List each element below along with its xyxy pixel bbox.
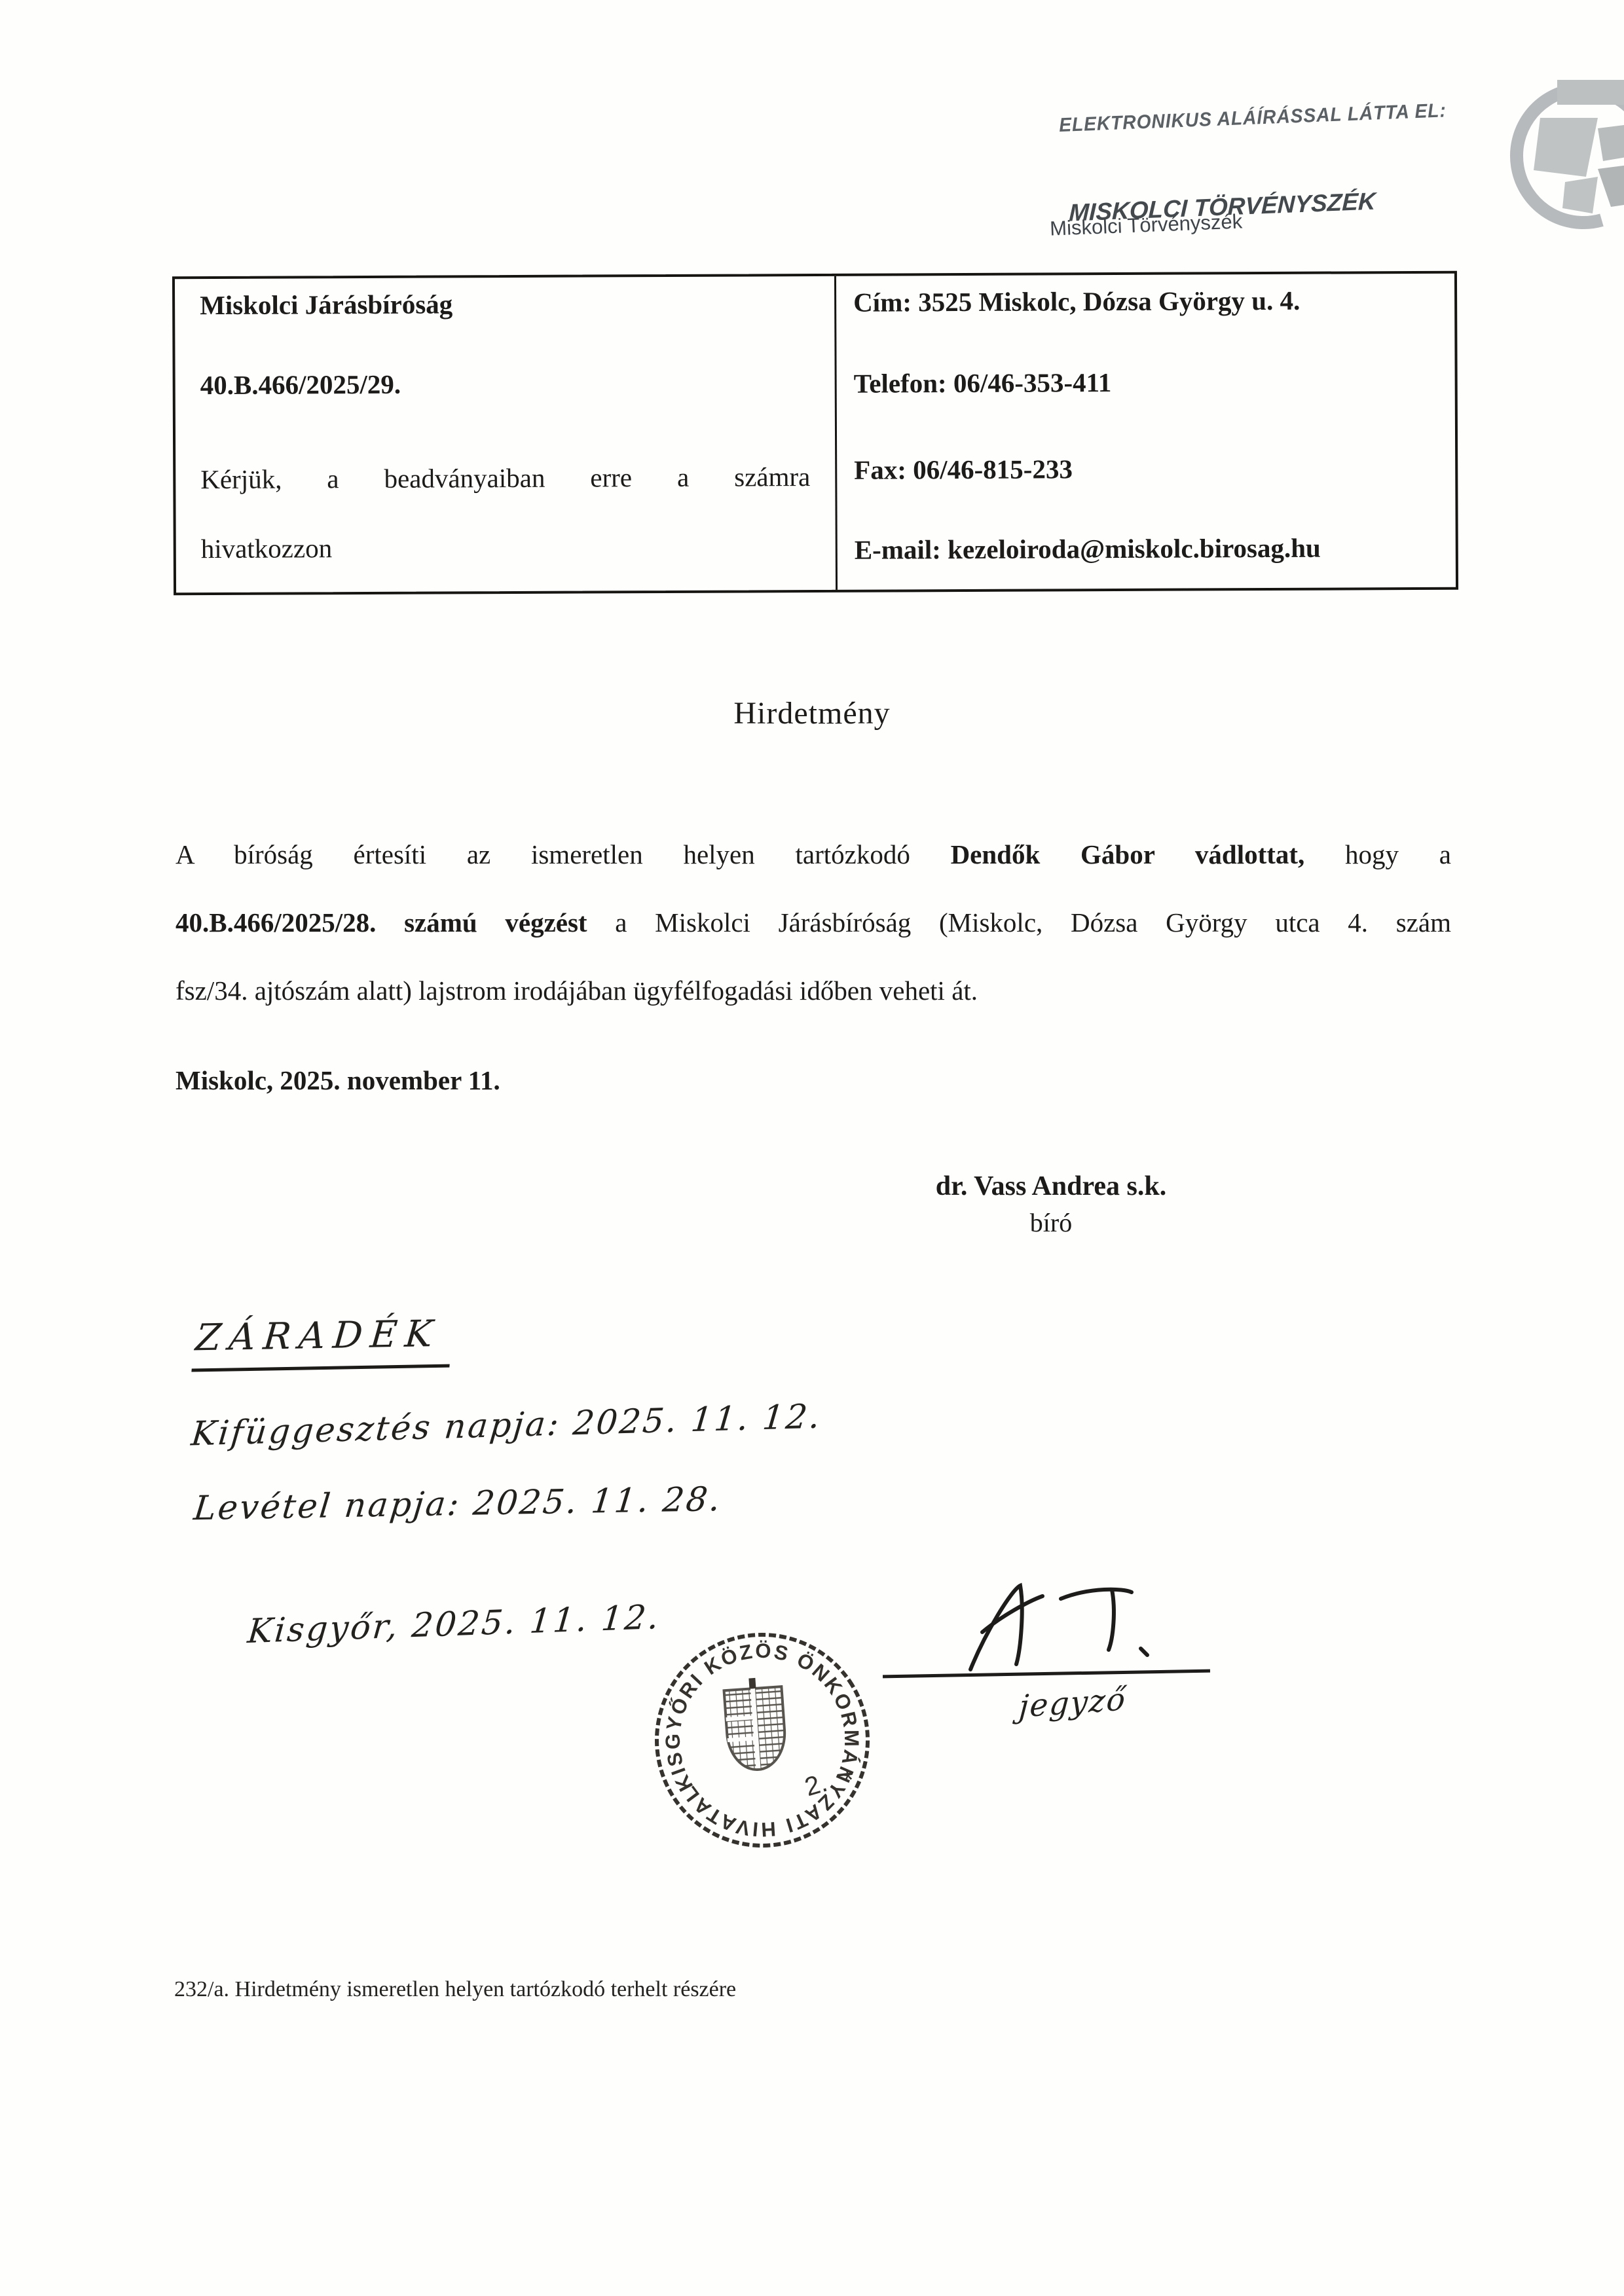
stamp-coat-of-arms xyxy=(723,1676,787,1772)
esignature-stamp: ELEKTRONIKUS ALÁÍRÁSSAL LÁTTA EL: MISKOL… xyxy=(1059,95,1574,240)
signer-role: bíró xyxy=(835,1207,1267,1238)
letterhead-left-cell: Miskolci Járásbíróság 40.B.466/2025/29. … xyxy=(175,276,838,592)
reference-note-line-2: hivatkozzon xyxy=(201,530,811,564)
body-line-1: A bíróság értesíti az ismeretlen helyen … xyxy=(175,820,1451,888)
letterhead-table: Miskolci Járásbíróság 40.B.466/2025/29. … xyxy=(172,271,1458,596)
stamp-number: 2. xyxy=(802,1768,830,1802)
judge-signature-block: dr. Vass Andrea s.k. bíró xyxy=(835,1171,1267,1238)
body-paragraph: A bíróság értesíti az ismeretlen helyen … xyxy=(175,820,1451,1025)
document-title: Hirdetmény xyxy=(0,695,1624,731)
phone-line: Telefon: 06/46-353-411 xyxy=(854,365,1439,399)
fax-line: Fax: 06/46-815-233 xyxy=(854,452,1439,486)
body-line-2-text: a Miskolci Járásbíróság (Miskolc, Dózsa … xyxy=(587,907,1451,938)
scanned-court-document: ELEKTRONIKUS ALÁÍRÁSSAL LÁTTA EL: MISKOL… xyxy=(0,0,1624,2296)
ruling-number: 40.B.466/2025/28. számú végzést xyxy=(175,907,587,938)
court-name: Miskolci Járásbíróság xyxy=(200,287,809,321)
court-logo-icon xyxy=(1500,72,1624,262)
zaradek-heading: ZÁRADÉK xyxy=(191,1312,454,1372)
footer-note: 232/a. Hirdetmény ismeretlen helyen tart… xyxy=(174,1977,736,2002)
body-line-3: fsz/34. ajtószám alatt) lajstrom irodájá… xyxy=(175,957,1451,1025)
clerk-signature xyxy=(956,1570,1231,1681)
posting-date-line: Kifüggesztés napja: 2025. 11. 12. xyxy=(189,1397,823,1453)
clerk-role: jegyző xyxy=(1018,1681,1128,1725)
address-line: Cím: 3525 Miskolc, Dózsa György u. 4. xyxy=(853,284,1439,318)
body-line-2: 40.B.466/2025/28. számú végzést a Miskol… xyxy=(175,888,1451,957)
letterhead-right-cell: Cím: 3525 Miskolc, Dózsa György u. 4. Te… xyxy=(836,274,1456,590)
dateline: Miskolc, 2025. november 11. xyxy=(175,1065,500,1096)
esignature-line: ELEKTRONIKUS ALÁÍRÁSSAL LÁTTA EL: xyxy=(1059,96,1540,137)
body-line-1-tail: hogy a xyxy=(1304,839,1451,869)
email-line: E-mail: kezeloiroda@miskolc.birosag.hu xyxy=(855,532,1440,566)
body-line-1-text: A bíróság értesíti az ismeretlen helyen … xyxy=(175,839,951,869)
signer-name: dr. Vass Andrea s.k. xyxy=(835,1171,1267,1202)
case-number: 40.B.466/2025/29. xyxy=(200,367,810,401)
place-date-line: Kisgyőr, 2025. 11. 12. xyxy=(246,1598,662,1651)
defendant-name: Dendők Gábor vádlottat, xyxy=(951,839,1305,869)
reference-note-line-1: Kérjük, a beadványaiban erre a számra xyxy=(200,461,810,495)
removal-date-line: Levétel napja: 2025. 11. 28. xyxy=(192,1480,724,1528)
